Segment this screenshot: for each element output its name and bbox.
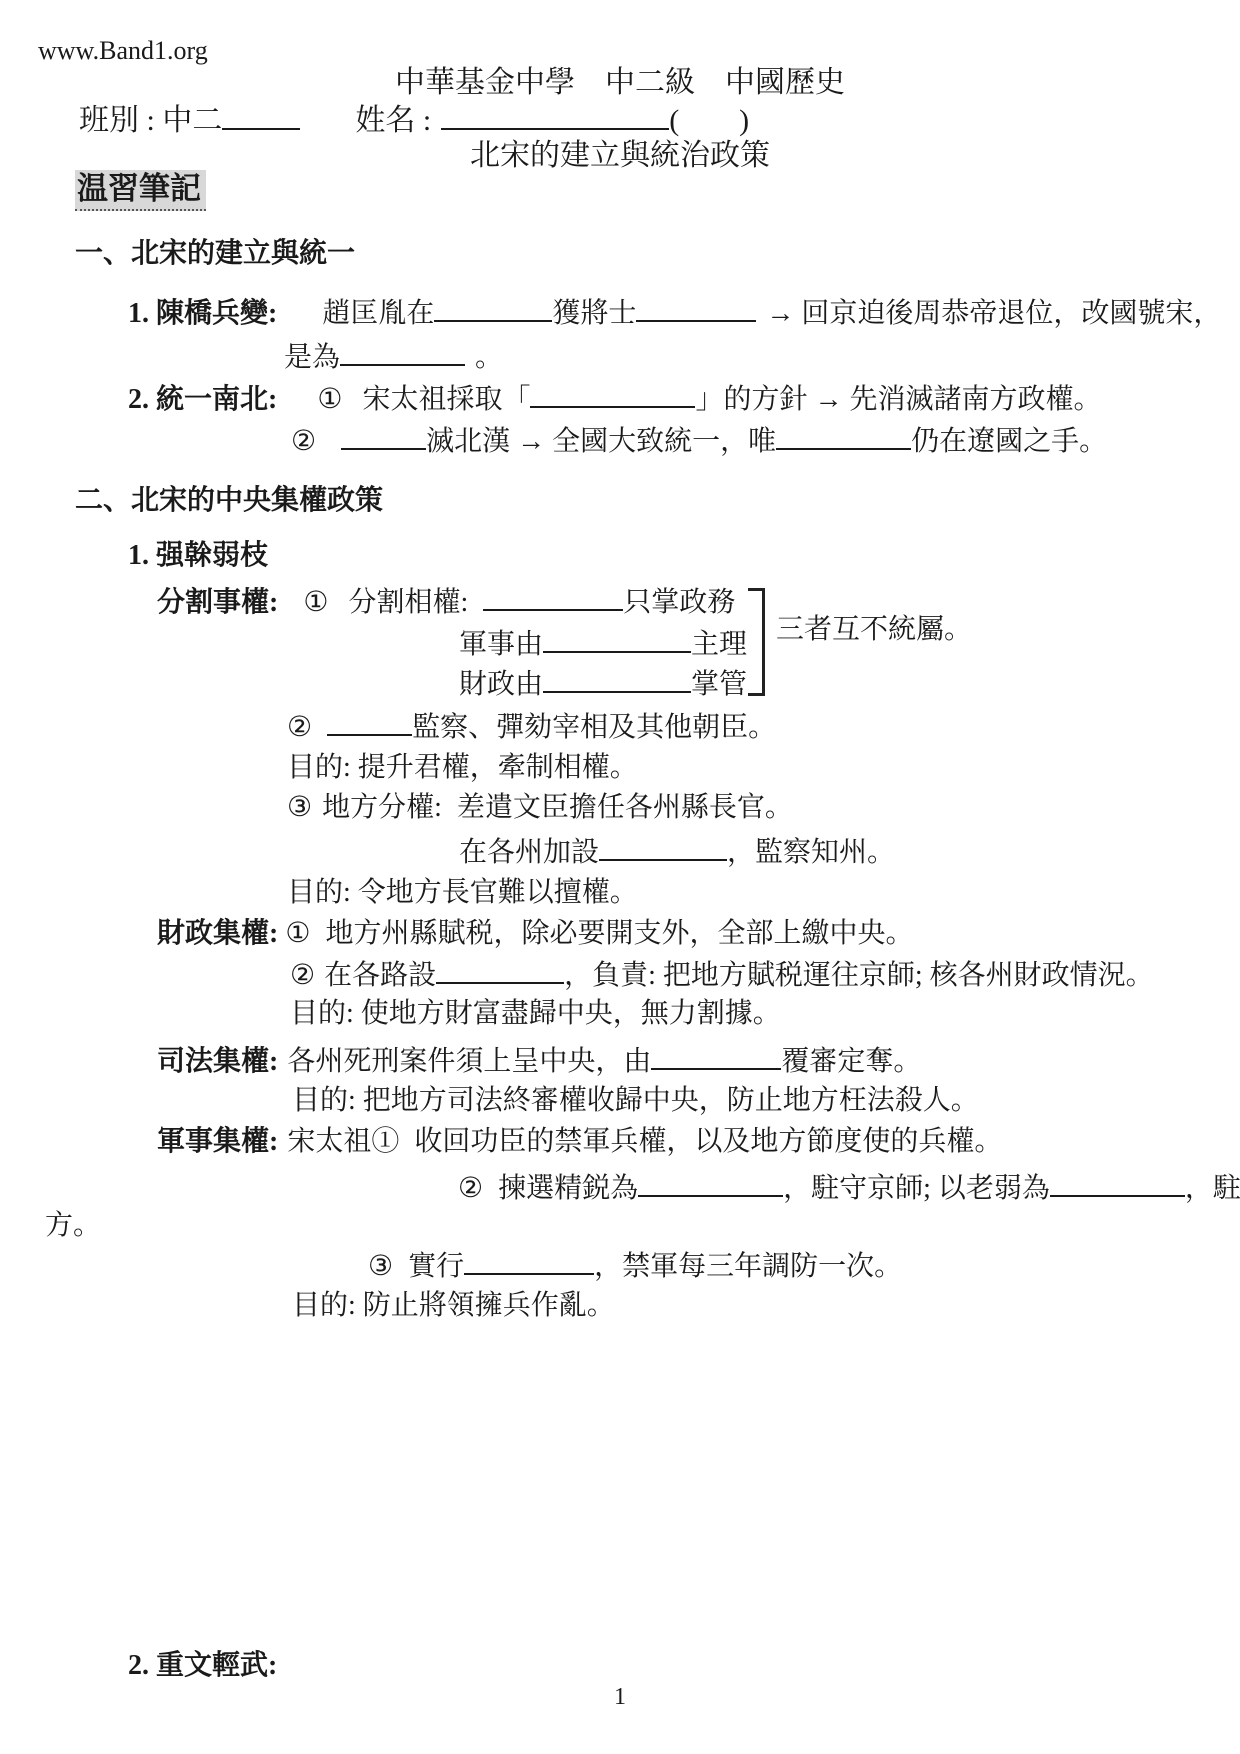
split-power-purpose-1: 目的: 提升君權，牽制相權。	[287, 750, 638, 785]
value-civil-over-military-line: 2.重文輕武:	[128, 1648, 277, 1683]
split-a-bullet: ①	[303, 587, 328, 618]
split-power-line-4: ②監察、彈劾宰相及其他朝臣。	[287, 710, 776, 745]
bracket-note: 三者互不統屬。	[776, 612, 972, 647]
fill-blank-strategy	[530, 404, 695, 408]
judicial-pre: 各州死刑案件須上呈中央，由	[287, 1046, 651, 1077]
military-a-text: 收回功臣的禁軍兵權，以及地方節度使的兵權。	[414, 1126, 1002, 1157]
sub-1-title: 强榦弱枝	[156, 540, 268, 571]
fiscal-b-bullet: ②	[290, 960, 315, 991]
fill-blank-territory	[776, 446, 911, 450]
split-a-label: 分割相權:	[348, 587, 468, 618]
split-d-bullet: ②	[287, 712, 312, 743]
judicial-purpose: 目的: 把地方司法終審權收歸中央，防止地方枉法殺人。	[292, 1083, 979, 1118]
fill-blank-review-body	[651, 1066, 781, 1070]
split-e-text: 差遣文臣擔任各州縣長官。	[457, 792, 793, 823]
worksheet-page: www.Band1.org 中華基金中學 中二級 中國歷史 班別 : 中二姓名 …	[0, 0, 1240, 1754]
military-power-line-3: ③實行，禁軍每三年調防一次。	[368, 1249, 902, 1284]
fill-blank-finance-office	[543, 689, 691, 693]
military-a-bullet: ①	[371, 1126, 399, 1157]
fill-blank-chancellor	[483, 607, 623, 611]
military-power-wrap: 方。	[45, 1208, 101, 1243]
fill-blank-transport-office	[436, 980, 564, 984]
fill-blank-rotation-policy	[464, 1271, 594, 1275]
class-number-parens: ( )	[669, 104, 749, 137]
sub-2-number: 2.	[128, 1650, 149, 1681]
fiscal-term: 財政集權:	[157, 918, 278, 949]
item-2-term: 統一南北:	[156, 384, 277, 415]
split-f-tail: ，監察知州。	[727, 837, 895, 868]
watermark: www.Band1.org	[38, 35, 208, 68]
item-2b-text-2: 仍在遼國之手。	[911, 426, 1107, 457]
item-1-line2-post: 。	[475, 342, 503, 373]
item-1-line2-pre: 是為	[284, 342, 340, 373]
split-c-tail: 掌管	[691, 669, 747, 700]
fiscal-purpose: 目的: 使地方財富盡歸中央，無力割據。	[290, 996, 781, 1031]
notes-badge-line: 温習筆記	[75, 170, 206, 209]
split-f-pre: 在各州加設	[459, 837, 599, 868]
military-c-pre: 實行	[408, 1251, 464, 1282]
split-power-line-5: ③地方分權:差遣文臣擔任各州縣長官。	[287, 790, 793, 825]
fill-blank-supervisor	[599, 857, 727, 861]
fill-blank-place	[434, 318, 552, 322]
school-header: 中華基金中學 中二級 中國歷史	[0, 64, 1240, 102]
fiscal-b-tail: ，負責: 把地方賦税運往京師; 核各州財政情況。	[564, 960, 1154, 991]
section-1-heading: 一、北宋的建立與統一	[75, 236, 355, 271]
item-2a-text-2: 」的方針 → 先消滅諸南方政權。	[695, 384, 1101, 415]
split-b-tail: 主理	[691, 629, 747, 660]
split-power-line-1: 分割事權:①分割相權:只掌政務	[157, 585, 735, 620]
document-title: 北宋的建立與統治政策	[0, 137, 1240, 175]
grouping-bracket	[748, 588, 765, 696]
chenqiao-mutiny-line: 1.陳橋兵變:趙匡胤在獲將士→ 回京迫後周恭帝退位，改國號宋，	[128, 296, 1221, 331]
fiscal-power-line-2: ②在各路設，負責: 把地方賦税運往京師; 核各州財政情況。	[290, 958, 1154, 993]
split-e-bullet: ③	[287, 792, 312, 823]
class-label: 班別 : 中二	[79, 104, 222, 137]
item-1-text-1: 趙匡胤在	[322, 298, 434, 329]
fiscal-power-line-1: 財政集權:①地方州縣賦税，除必要開支外，全部上繳中央。	[157, 916, 913, 951]
split-power-term: 分割事權:	[157, 587, 278, 618]
item-2a-bullet: ①	[317, 384, 342, 415]
item-2-number: 2.	[128, 384, 149, 415]
military-b-mid: ，駐守京師; 以老弱為	[783, 1173, 1050, 1204]
class-name-line: 班別 : 中二姓名 :( )	[79, 102, 749, 140]
fill-blank-emperor	[340, 362, 465, 366]
split-e-label: 地方分權:	[322, 792, 442, 823]
fiscal-a-bullet: ①	[285, 918, 310, 949]
item-1-text-2: 獲將士	[552, 298, 636, 329]
judicial-tail: 覆審定奪。	[781, 1046, 921, 1077]
military-b-tail: ，駐守地	[1185, 1173, 1240, 1204]
fiscal-b-pre: 在各路設	[324, 960, 436, 991]
split-d-tail: 監察、彈劾宰相及其他朝臣。	[412, 712, 776, 743]
sub-1-number: 1.	[128, 540, 149, 571]
fill-blank-emperor-2	[341, 446, 426, 450]
military-term: 軍事集權:	[157, 1126, 278, 1157]
split-power-line-6: 在各州加設，監察知州。	[459, 835, 895, 870]
military-power-line-1: 軍事集權:宋太祖①收回功臣的禁軍兵權，以及地方節度使的兵權。	[157, 1124, 1002, 1159]
item-1-number: 1.	[128, 298, 149, 329]
fill-blank-support	[636, 318, 756, 322]
split-power-purpose-2: 目的: 令地方長官難以擅權。	[287, 875, 638, 910]
military-b-pre: 揀選精鋭為	[498, 1173, 638, 1204]
fiscal-a-text: 地方州縣賦税，除必要開支外，全部上繳中央。	[325, 918, 913, 949]
name-label: 姓名 :	[355, 104, 431, 137]
military-c-tail: ，禁軍每三年調防一次。	[594, 1251, 902, 1282]
strong-trunk-weak-branch-line: 1.强榦弱枝	[128, 538, 268, 573]
military-b-bullet: ②	[458, 1173, 483, 1204]
military-c-bullet: ③	[368, 1251, 393, 1282]
fill-blank-military-office	[543, 649, 691, 653]
split-a-tail: 只掌政務	[623, 587, 735, 618]
page-number: 1	[0, 1682, 1240, 1712]
military-a-pre: 宋太祖	[287, 1126, 371, 1157]
sub-2-title: 重文輕武:	[156, 1650, 277, 1681]
item-1-term: 陳橋兵變:	[156, 298, 277, 329]
fill-blank-censor	[327, 732, 412, 736]
class-blank-line	[222, 126, 300, 130]
split-b-pre: 軍事由	[459, 629, 543, 660]
chenqiao-mutiny-line-2: 是為。	[284, 340, 503, 375]
item-2b-bullet: ②	[291, 426, 316, 457]
judicial-term: 司法集權:	[157, 1046, 278, 1077]
section-2-heading: 二、北宋的中央集權政策	[75, 483, 383, 518]
item-2b-text-1: 滅北漢 → 全國大致統一，唯	[426, 426, 776, 457]
split-c-pre: 財政由	[459, 669, 543, 700]
unify-north-south-line-2: ②滅北漢 → 全國大致統一，唯仍在遼國之手。	[291, 424, 1107, 459]
item-1-text-3: → 回京迫後周恭帝退位，改國號宋，	[766, 298, 1221, 329]
item-2a-text-1: 宋太祖採取「	[362, 384, 530, 415]
military-power-line-2: ②揀選精鋭為，駐守京師; 以老弱為，駐守地	[458, 1171, 1240, 1206]
split-power-line-2: 軍事由主理	[459, 627, 747, 662]
judicial-power-line: 司法集權:各州死刑案件須上呈中央，由覆審定奪。	[157, 1044, 921, 1079]
split-power-line-3: 財政由掌管	[459, 667, 747, 702]
unify-north-south-line: 2.統一南北:①宋太祖採取「」的方針 → 先消滅諸南方政權。	[128, 382, 1101, 417]
fill-blank-elite-troops	[638, 1193, 783, 1197]
name-blank-line	[441, 126, 669, 130]
notes-badge: 温習筆記	[75, 170, 206, 211]
military-purpose: 目的: 防止將領擁兵作亂。	[292, 1288, 615, 1323]
fill-blank-weak-troops	[1050, 1193, 1185, 1197]
